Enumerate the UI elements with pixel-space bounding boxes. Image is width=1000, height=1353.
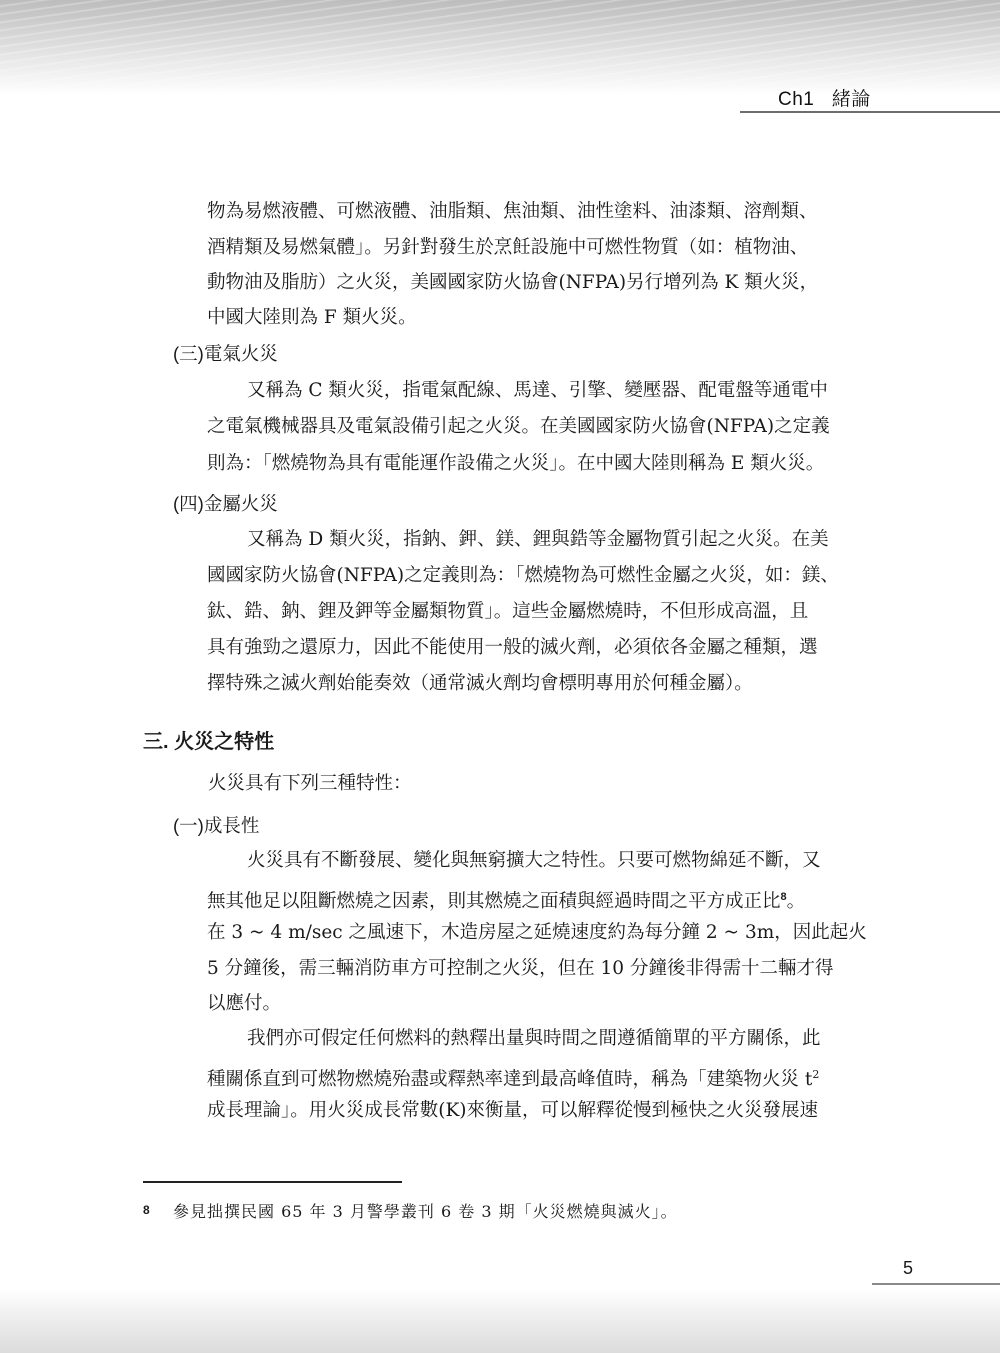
body-line: 又稱為 D 類火災，指鈉、鉀、鎂、鋰與鋯等金屬物質引起之火災。在美: [247, 528, 829, 552]
body-line: 中國大陸則為 F 類火災。: [207, 306, 417, 330]
body-line: 動物油及脂肪）之火災，美國國家防火協會(NFPA)另行增列為 K 類火災，: [207, 271, 818, 295]
body-line: 無其他足以阻斷燃燒之因素，則其燃燒之面積與經過時間之平方成正比8。: [207, 885, 805, 914]
body-line: 火災具有不斷發展、變化與無窮擴大之特性。只要可燃物綿延不斷，又: [247, 849, 821, 873]
page-number: 5: [903, 1258, 913, 1279]
body-line: 國國家防火協會(NFPA)之定義則為：「燃燒物為可燃性金屬之火災，如：鎂、: [207, 564, 839, 588]
subheading-electrical-fire: (三)電氣火災: [173, 342, 278, 366]
chapter-title: Ch1 緒論: [778, 84, 871, 111]
section-heading-fire-characteristics: 三. 火災之特性: [143, 729, 274, 755]
body-text: 種關係直到可燃物燃燒殆盡或釋熱率達到最高峰值時，稱為「建築物火災 t: [207, 1069, 812, 1090]
subheading-growth: (一)成長性: [173, 814, 259, 838]
footer-decorative-band: [0, 1290, 1000, 1353]
body-line: 我們亦可假定任何燃料的熱釋出量與時間之間遵循簡單的平方關係，此: [247, 1027, 821, 1051]
body-text: 無其他足以阻斷燃燒之因素，則其燃燒之面積與經過時間之平方成正比: [207, 891, 781, 912]
section-intro: 火災具有下列三種特性：: [208, 772, 412, 796]
body-line: 具有強勁之還原力，因此不能使用一般的滅火劑，必須依各金屬之種類，選: [207, 636, 818, 660]
page-number-rule: [872, 1283, 1000, 1285]
footnote-rule: [143, 1181, 402, 1183]
body-line: 在 3 ~ 4 m/sec 之風速下，木造房屋之延燒速度約為每分鐘 2 ~ 3m…: [207, 921, 867, 945]
footnote-text: 參見拙撰民國 65 年 3 月警學叢刊 6 卷 3 期「火災燃燒與滅火」。: [173, 1202, 678, 1221]
body-line: 物為易燃液體、可燃液體、油脂類、焦油類、油性塗料、油漆類、溶劑類、: [207, 200, 818, 224]
subheading-metal-fire: (四)金屬火災: [173, 492, 278, 516]
header-rule: [740, 111, 1000, 113]
body-line: 5 分鐘後，需三輛消防車方可控制之火災，但在 10 分鐘後非得需十二輛才得: [207, 957, 833, 981]
footnote: 8參見拙撰民國 65 年 3 月警學叢刊 6 卷 3 期「火災燃燒與滅火」。: [143, 1200, 678, 1222]
body-line: 又稱為 C 類火災，指電氣配線、馬達、引擎、變壓器、配電盤等通電中: [247, 379, 828, 403]
body-line: 之電氣機械器具及電氣設備引起之火災。在美國國家防火協會(NFPA)之定義: [207, 415, 830, 439]
body-text: 。: [787, 891, 806, 912]
body-line: 鈦、鋯、鈉、鋰及鉀等金屬類物質」。這些金屬燃燒時，不但形成高溫，且: [207, 600, 808, 624]
body-line: 擇特殊之滅火劑始能奏效（通常滅火劑均會標明專用於何種金屬）。: [207, 672, 753, 696]
body-line: 酒精類及易燃氣體」。另針對發生於烹飪設施中可燃性物質（如：植物油、: [207, 236, 808, 260]
body-line: 以應付。: [207, 992, 281, 1016]
body-line: 成長理論」。用火災成長常數(K)來衡量，可以解釋從慢到極快之火災發展速: [207, 1099, 818, 1123]
body-line: 則為：「燃燒物為具有電能運作設備之火災」。在中國大陸則稱為 E 類火災。: [207, 452, 824, 476]
superscript: 2: [812, 1068, 819, 1081]
header-decorative-band: [0, 0, 1000, 95]
footnote-number: 8: [143, 1200, 173, 1220]
body-line: 種關係直到可燃物燃燒殆盡或釋熱率達到最高峰值時，稱為「建築物火災 t2: [207, 1063, 819, 1092]
